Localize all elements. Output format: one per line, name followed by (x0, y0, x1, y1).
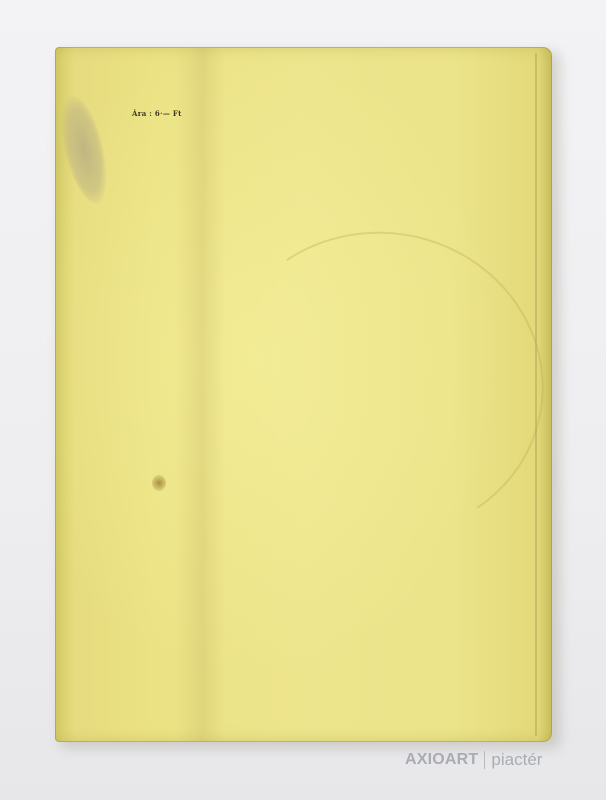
vertical-stain-band (175, 47, 225, 742)
watermark-brand: AXIOART (405, 751, 478, 769)
watermark: AXIOART piactér (405, 750, 542, 770)
booklet-back-cover: Ára : 6·— Ft (55, 47, 552, 742)
watermark-separator (484, 751, 485, 769)
ring-stain (196, 206, 552, 562)
price-label: Ára : 6·— Ft (132, 109, 182, 118)
water-stain (55, 92, 114, 207)
brown-spot (152, 475, 166, 491)
watermark-subtitle: piactér (491, 750, 542, 770)
